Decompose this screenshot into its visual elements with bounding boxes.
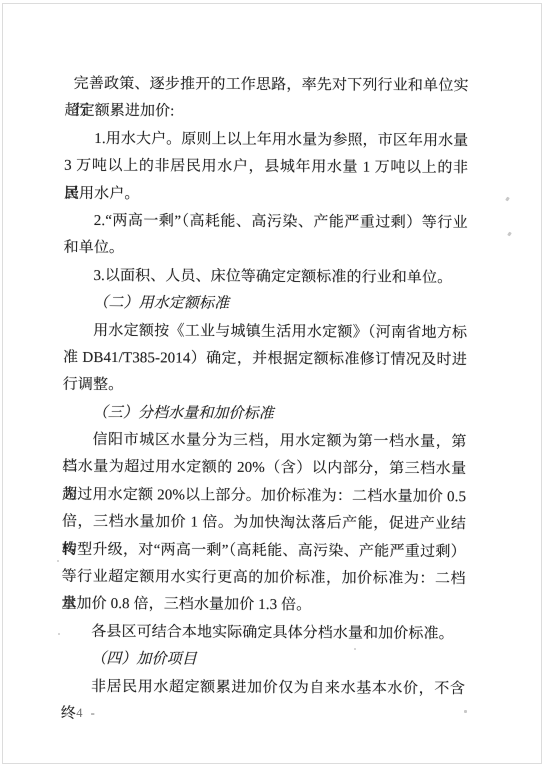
- text-line: 档水量为超过用水定额的 20%（含）以内部分，第三档水量为: [62, 454, 466, 484]
- text-line: 各县区可结合本地实际确定具体分档水量和加价标准。: [61, 619, 465, 649]
- scanned-document-page: 完善政策、逐步推开的工作思路，率先对下列行业和单位实行超定额累进加价:1.用水大…: [0, 0, 547, 766]
- text-line: 准 DB41/T385-2014）确定，并根据定额标准修订情况及时进: [63, 345, 467, 375]
- section-heading: （二）用水定额标准: [63, 290, 467, 320]
- scan-speck: [507, 232, 512, 237]
- document-lines: 完善政策、逐步推开的工作思路，率先对下列行业和单位实行超定额累进加价:1.用水大…: [61, 71, 469, 703]
- text-line: 行调整。: [63, 372, 467, 402]
- section-heading: （三）分档水量和加价标准: [63, 399, 467, 429]
- scan-speck: [354, 648, 356, 650]
- text-line: 转型升级，对“两高一剩”（高耗能、高污染、产能严重过剩）: [62, 536, 466, 566]
- text-line: 1.用水大户。原则上以上年用水量为参照，市区年用水量: [64, 126, 468, 156]
- text-line: 和单位。: [64, 235, 468, 265]
- scan-speck: [58, 633, 60, 635]
- text-line: 超定额累进加价:: [64, 98, 468, 128]
- page-number: - 4 -: [64, 706, 97, 721]
- text-line: 信阳市城区水量分为三档，用水定额为第一档水量，第二: [62, 427, 466, 457]
- text-line: 2.“两高一剩”（高耗能、高污染、产能严重过剩）等行业: [64, 208, 468, 238]
- text-line: 用水定额按《工业与城镇生活用水定额》（河南省地方标: [63, 317, 467, 347]
- text-line: 3 万吨以上的非居民用水户，县城年用水量 1 万吨以上的非居: [64, 153, 468, 183]
- text-line: 超过用水定额 20%以上部分。加价标准为：二档水量加价 0.5: [62, 482, 466, 512]
- text-line: 非居民用水超定额累进加价仅为自来水基本水价，不含终: [61, 673, 465, 703]
- text-line: 民用水户。: [64, 180, 468, 210]
- document-body: 完善政策、逐步推开的工作思路，率先对下列行业和单位实行超定额累进加价:1.用水大…: [61, 71, 469, 703]
- text-line: 等行业超定额用水实行更高的加价标准，加价标准为：二档水: [62, 564, 466, 594]
- text-line: 量加价 0.8 倍，三档水量加价 1.3 倍。: [61, 591, 465, 621]
- text-line: 完善政策、逐步推开的工作思路，率先对下列行业和单位实行: [65, 71, 469, 101]
- text-line: 3.以面积、人员、床位等确定定额标准的行业和单位。: [63, 263, 467, 293]
- section-heading: （四）加价项目: [61, 646, 465, 676]
- scan-speck: [57, 560, 59, 562]
- text-line: 倍，三档水量加价 1 倍。为加快淘汰落后产能，促进产业结构: [62, 509, 466, 539]
- scan-speck: [505, 197, 510, 202]
- scan-speck: [464, 710, 467, 713]
